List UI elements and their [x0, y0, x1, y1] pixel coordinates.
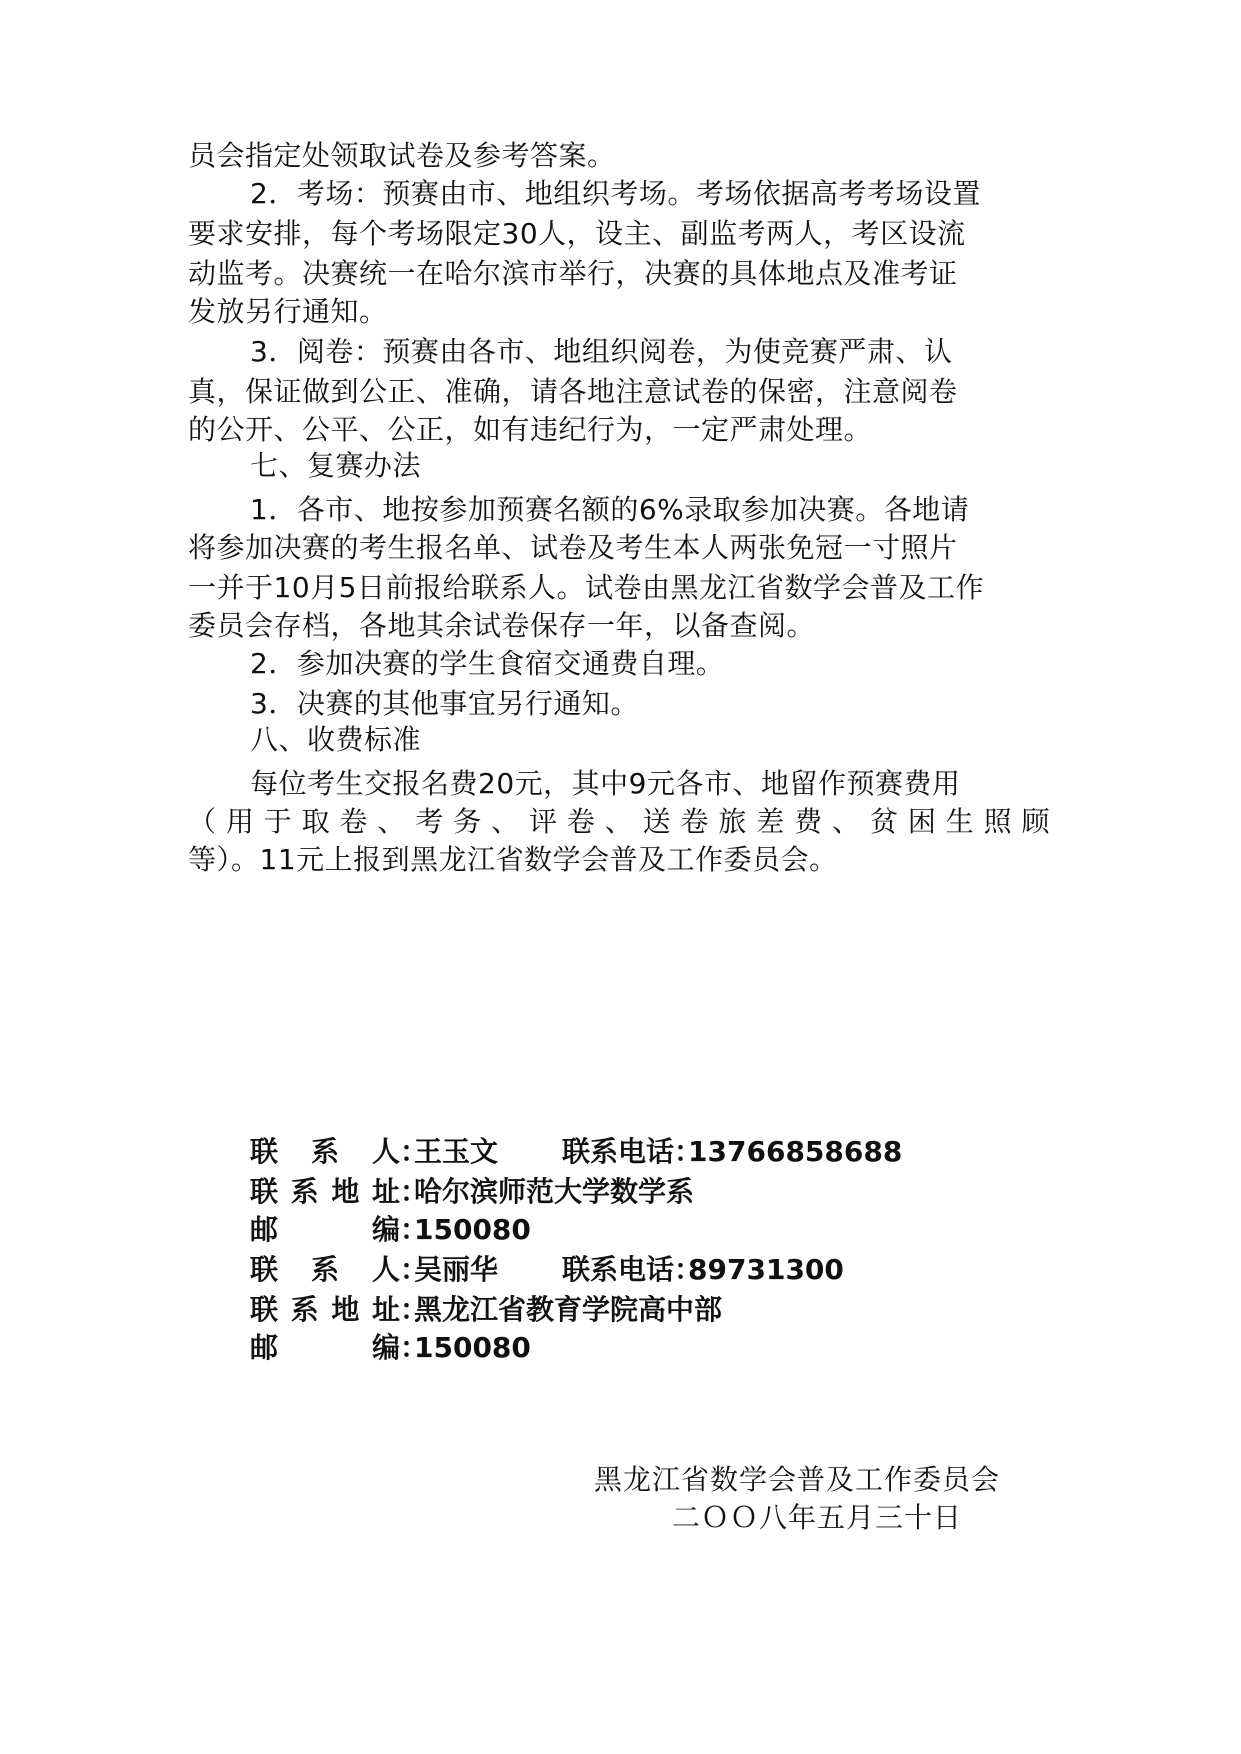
body-line: 的公开、公平、公正，如有违纪行为，一定严肃处理。 — [188, 412, 1050, 448]
document-page: 员会指定处领取试卷及参考答案。 2．考场：预赛由市、地组织考场。考场依据高考考场… — [0, 0, 1241, 1754]
contact-address: 黑龙江省教育学院高中部 — [414, 1293, 722, 1326]
section-heading: 八、收费标准 — [250, 722, 1050, 758]
colon: ： — [674, 1134, 688, 1170]
contact-person-name: 王玉文 — [414, 1135, 498, 1168]
body-line: 3．决赛的其他事宜另行通知。 — [250, 686, 1050, 722]
contact-phone-label: 联系电话 — [562, 1135, 674, 1168]
body-line: 2．参加决赛的学生食宿交通费自理。 — [250, 646, 1050, 682]
contact-address-label: 联系地址 — [250, 1292, 400, 1328]
contact-postcode-label: 邮 编 — [250, 1212, 400, 1248]
colon: ： — [674, 1252, 688, 1288]
body-line: 发放另行通知。 — [188, 294, 1050, 330]
colon: ： — [400, 1252, 414, 1288]
contact-phone-number: 13766858688 — [688, 1135, 902, 1168]
body-line: 委员会存档，各地其余试卷保存一年，以备查阅。 — [188, 608, 1050, 644]
body-line: （用于取卷、考务、评卷、送卷旅差费、贫困生照顾 — [188, 804, 1050, 840]
contact-address-row: 联系地址：哈尔滨师范大学数学系 — [250, 1174, 694, 1210]
colon: ： — [400, 1292, 414, 1328]
colon: ： — [400, 1134, 414, 1170]
contact-person-row: 联 系 人：王玉文联系电话：13766858688 — [250, 1134, 902, 1170]
contact-address-row: 联系地址：黑龙江省教育学院高中部 — [250, 1292, 722, 1328]
contact-phone-number: 89731300 — [688, 1253, 844, 1286]
body-line: 1．各市、地按参加预赛名额的6%录取参加决赛。各地请 — [250, 492, 1050, 528]
body-line: 真，保证做到公正、准确，请各地注意试卷的保密，注意阅卷 — [188, 374, 1050, 410]
contact-address: 哈尔滨师范大学数学系 — [414, 1175, 694, 1208]
body-line: 员会指定处领取试卷及参考答案。 — [188, 138, 1050, 174]
contact-person-row: 联 系 人：吴丽华联系电话：89731300 — [250, 1252, 844, 1288]
contact-phone-label: 联系电话 — [562, 1253, 674, 1286]
body-line: 要求安排，每个考场限定30人，设主、副监考两人，考区设流 — [188, 216, 1050, 252]
body-line: 等）。11元上报到黑龙江省数学会普及工作委员会。 — [188, 842, 1050, 878]
colon: ： — [400, 1330, 414, 1366]
signature-date: 二ＯＯ八年五月三十日 — [672, 1500, 962, 1536]
colon: ： — [400, 1212, 414, 1248]
body-line: 一并于10月5日前报给联系人。试卷由黑龙江省数学会普及工作 — [188, 570, 1050, 606]
contact-person-label: 联 系 人 — [250, 1252, 400, 1288]
contact-postcode: 150080 — [414, 1213, 531, 1246]
colon: ： — [400, 1174, 414, 1210]
contact-person-name: 吴丽华 — [414, 1253, 498, 1286]
contact-address-label: 联系地址 — [250, 1174, 400, 1210]
signature-organization: 黑龙江省数学会普及工作委员会 — [594, 1462, 1000, 1498]
body-line: 每位考生交报名费20元，其中9元各市、地留作预赛费用 — [250, 766, 1050, 802]
contact-postcode-label: 邮 编 — [250, 1330, 400, 1366]
section-heading: 七、复赛办法 — [250, 448, 1050, 484]
contact-postcode-row: 邮 编：150080 — [250, 1212, 531, 1248]
body-line: 3．阅卷：预赛由各市、地组织阅卷，为使竞赛严肃、认 — [250, 334, 1050, 370]
body-line: 动监考。决赛统一在哈尔滨市举行，决赛的具体地点及准考证 — [188, 256, 1050, 292]
body-line: 将参加决赛的考生报名单、试卷及考生本人两张免冠一寸照片 — [188, 530, 1050, 566]
body-line: 2．考场：预赛由市、地组织考场。考场依据高考考场设置 — [250, 176, 1050, 212]
contact-postcode-row: 邮 编：150080 — [250, 1330, 531, 1366]
contact-person-label: 联 系 人 — [250, 1134, 400, 1170]
contact-postcode: 150080 — [414, 1331, 531, 1364]
